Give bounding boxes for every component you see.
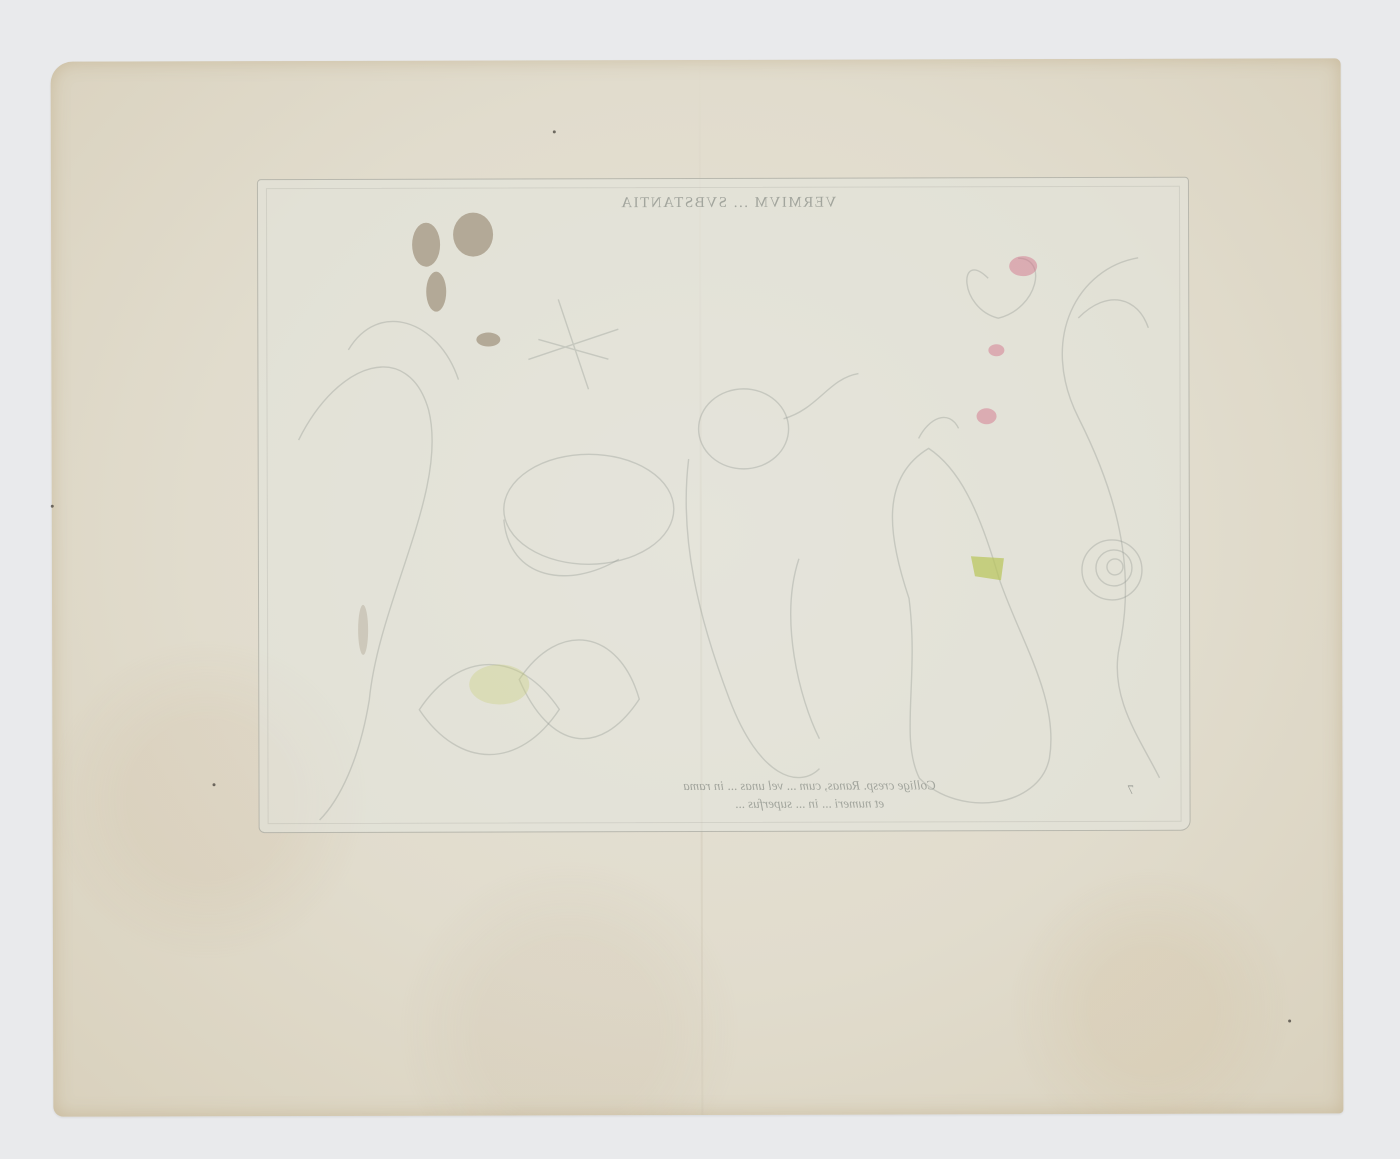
paper-speck [1288, 1019, 1291, 1022]
plate-number: 7 [1127, 782, 1134, 798]
plate-caption: Collige cresp. Ranas, cum ... vel unas .… [509, 776, 1109, 814]
plate-mark: VERMIVM ... SVBSTANTIA Collige cresp. Ra… [257, 177, 1191, 833]
paper-speck [213, 783, 216, 786]
paper-speck [51, 505, 54, 508]
caption-line-1: Collige cresp. Ranas, cum ... vel unas .… [509, 776, 1109, 796]
caption-line-2: et numeri ... in ... superfus ... [510, 794, 1110, 814]
paper-speck [553, 130, 556, 133]
plate-title-mirrored: VERMIVM ... SVBSTANTIA [508, 194, 948, 212]
show-through-drawing [258, 178, 1190, 832]
paper-sheet: VERMIVM ... SVBSTANTIA Collige cresp. Ra… [51, 58, 1344, 1116]
